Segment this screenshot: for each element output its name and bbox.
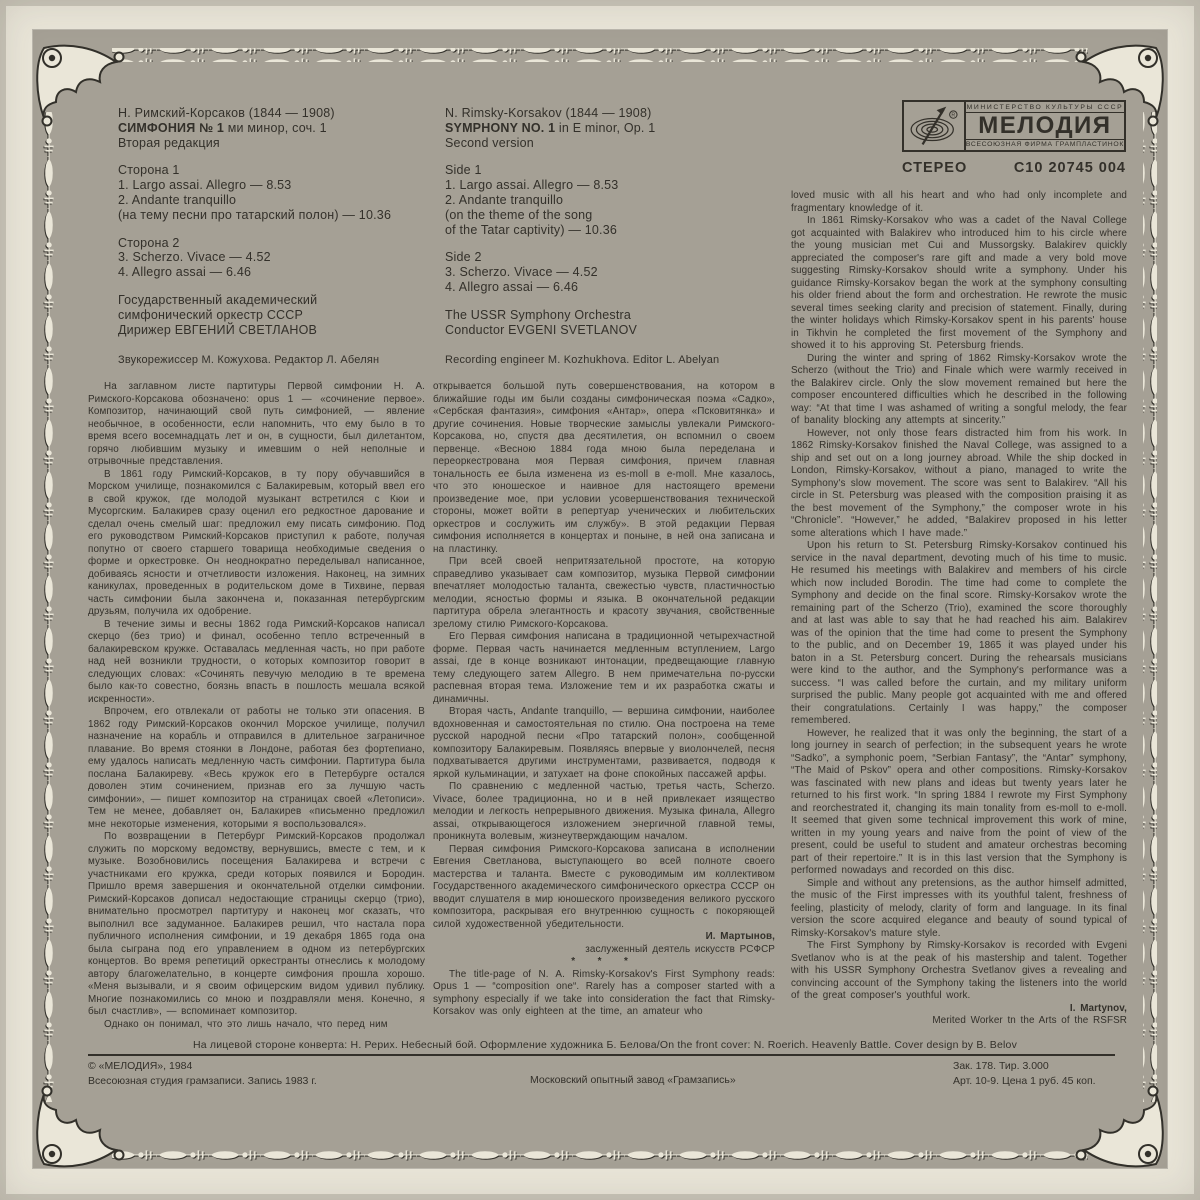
melodiya-logo-icon: R: [904, 102, 966, 150]
price-line: Арт. 10-9. Цена 1 руб. 45 коп.: [953, 1074, 1096, 1089]
work-title-en: SYMPHONY NO. 1: [445, 121, 555, 135]
brand-name: МЕЛОДИЯ: [966, 113, 1124, 139]
paragraph: Впрочем, его отвлекали от работы не толь…: [88, 706, 425, 831]
track-line: 1. Largo assai. Allegro — 8.53: [118, 178, 448, 193]
track-line: 4. Allegro assai — 6.46: [118, 265, 448, 280]
liner-notes-column-en: loved music with all his heart and who h…: [791, 190, 1127, 1038]
order-line: Зак. 178. Тир. 3.000: [953, 1059, 1096, 1074]
paragraph: * * *: [433, 956, 775, 969]
recording-credits-ru: Звукорежиссер М. Кожухова. Редактор Л. А…: [118, 353, 448, 368]
paragraph: Однако он понимал, что это лишь начало, …: [88, 1019, 425, 1032]
paragraph: Первая симфония Римского-Корсакова запис…: [433, 844, 775, 932]
performers-en: The USSR Symphony OrchestraConductor EVG…: [445, 308, 775, 338]
performer-line: Дирижер ЕВГЕНИЙ СВЕТЛАНОВ: [118, 323, 448, 338]
recording-credits-en: Recording engineer M. Kozhukhova. Editor…: [445, 353, 775, 368]
paragraph: Вторая часть, Andante tranquillo, — верш…: [433, 706, 775, 781]
paragraph: loved music with all his heart and who h…: [791, 190, 1127, 215]
paragraph: По сравнению с медленной частью, третья …: [433, 781, 775, 844]
copyright-line: © «МЕЛОДИЯ», 1984: [88, 1059, 317, 1074]
work-title-ru: СИМФОНИЯ № 1: [118, 121, 224, 135]
performers-ru: Государственный академическийсимфоническ…: [118, 293, 448, 337]
liner-notes-column-ru-1: На заглавном листе партитуры Первой симф…: [88, 381, 425, 1033]
paragraph: По возвращении в Петербург Римский-Корса…: [88, 831, 425, 1019]
paragraph: заслуженный деятель искусств РСФСР: [433, 944, 775, 957]
paragraph: However, not only those fears distracted…: [791, 428, 1127, 541]
track-line: 3. Scherzo. Vivace — 4.52: [118, 250, 448, 265]
liner-notes-column-ru-2: открывается большой путь совершенствован…: [433, 381, 775, 1037]
footer-divider: [88, 1054, 1115, 1056]
paragraph: И. Мартынов,: [433, 931, 775, 944]
album-back-cover: Н. Римский-Корсаков (1844 — 1908) СИМФОН…: [0, 0, 1200, 1200]
footer-left-block: © «МЕЛОДИЯ», 1984 Всесоюзная студия грам…: [88, 1059, 317, 1089]
track-line: 2. Andante tranquillo: [118, 193, 448, 208]
track-line: (на тему песни про татарский полон) — 10…: [118, 208, 448, 223]
side1-tracklist-ru: 1. Largo assai. Allegro — 8.532. Andante…: [118, 178, 448, 222]
work-subtitle-en: in E minor, Op. 1: [555, 121, 655, 135]
track-line: (on the theme of the song: [445, 208, 775, 223]
composer-name-ru: Н. Римский-Корсаков (1844 — 1908): [118, 106, 448, 121]
paragraph: В течение зимы и весны 1862 года Римский…: [88, 619, 425, 707]
side1-tracklist-en: 1. Largo assai. Allegro — 8.532. Andante…: [445, 178, 775, 237]
side1-label-ru: Сторона 1: [118, 163, 448, 178]
paragraph: На заглавном листе партитуры Первой симф…: [88, 381, 425, 469]
studio-line: Всесоюзная студия грамзаписи. Запись 198…: [88, 1074, 317, 1089]
paragraph: открывается большой путь совершенствован…: [433, 381, 775, 556]
performer-line: The USSR Symphony Orchestra: [445, 308, 775, 323]
track-line: 1. Largo assai. Allegro — 8.53: [445, 178, 775, 193]
paragraph: Upon his return to St. Petersburg Rimsky…: [791, 540, 1127, 728]
paragraph: The First Symphony by Rimsky-Korsakov is…: [791, 940, 1127, 1003]
paragraph: Merited Worker tn the Arts of the RSFSR: [791, 1015, 1127, 1028]
plant-line: Московский опытный завод «Грамзапись»: [530, 1074, 736, 1086]
side1-label-en: Side 1: [445, 163, 775, 178]
side2-tracklist-ru: 3. Scherzo. Vivace — 4.524. Allegro assa…: [118, 250, 448, 280]
version-en: Second version: [445, 136, 775, 151]
track-line: 2. Andante tranquillo: [445, 193, 775, 208]
footer-right-block: Зак. 178. Тир. 3.000 Арт. 10-9. Цена 1 р…: [953, 1059, 1096, 1089]
side2-label-en: Side 2: [445, 250, 775, 265]
side2-tracklist-en: 3. Scherzo. Vivace — 4.524. Allegro assa…: [445, 265, 775, 295]
track-line: of the Tatar captivity) — 10.36: [445, 223, 775, 238]
melodiya-label-box: R МИНИСТЕРСТВО КУЛЬТУРЫ СССР МЕЛОДИЯ ВСЕ…: [902, 100, 1126, 152]
track-line: 3. Scherzo. Vivace — 4.52: [445, 265, 775, 280]
paragraph: При всей своей непритязательной простоте…: [433, 556, 775, 631]
work-subtitle-ru: ми минор, соч. 1: [224, 121, 327, 135]
paragraph: The title-page of N. A. Rimsky-Korsakov'…: [433, 969, 775, 1019]
header-english: N. Rimsky-Korsakov (1844 — 1908) SYMPHON…: [445, 106, 775, 368]
paragraph: I. Martynov,: [791, 1003, 1127, 1016]
paragraph: Его Первая симфония написана в традицион…: [433, 631, 775, 706]
paragraph: В 1861 году Римский-Корсаков, в ту пору …: [88, 469, 425, 619]
track-line: 4. Allegro assai — 6.46: [445, 280, 775, 295]
catalog-number: С10 20745 004: [1014, 160, 1126, 176]
cover-content: Н. Римский-Корсаков (1844 — 1908) СИМФОН…: [0, 0, 1200, 1200]
stereo-catalog-row: СТЕРЕО С10 20745 004: [902, 160, 1126, 176]
svg-text:R: R: [951, 113, 955, 119]
header-russian: Н. Римский-Корсаков (1844 — 1908) СИМФОН…: [118, 106, 448, 368]
firm-line: ВСЕСОЮЗНАЯ ФИРМА ГРАМПЛАСТИНОК: [966, 139, 1124, 150]
paragraph: During the winter and spring of 1862 Rim…: [791, 353, 1127, 428]
paragraph: Simple and without any pretensions, as t…: [791, 878, 1127, 941]
stereo-label: СТЕРЕО: [902, 160, 967, 176]
paragraph: However, he realized that it was only th…: [791, 728, 1127, 878]
performer-line: Государственный академический: [118, 293, 448, 308]
side2-label-ru: Сторона 2: [118, 236, 448, 251]
performer-line: Conductor EVGENI SVETLANOV: [445, 323, 775, 338]
version-ru: Вторая редакция: [118, 136, 448, 151]
performer-line: симфонический оркестр СССР: [118, 308, 448, 323]
front-cover-credit: На лицевой стороне конверта: Н. Рерих. Н…: [88, 1039, 1122, 1051]
composer-name-en: N. Rimsky-Korsakov (1844 — 1908): [445, 106, 775, 121]
paragraph: In 1861 Rimsky-Korsakov who was a cadet …: [791, 215, 1127, 353]
melodiya-label-text: МИНИСТЕРСТВО КУЛЬТУРЫ СССР МЕЛОДИЯ ВСЕСО…: [966, 102, 1124, 150]
